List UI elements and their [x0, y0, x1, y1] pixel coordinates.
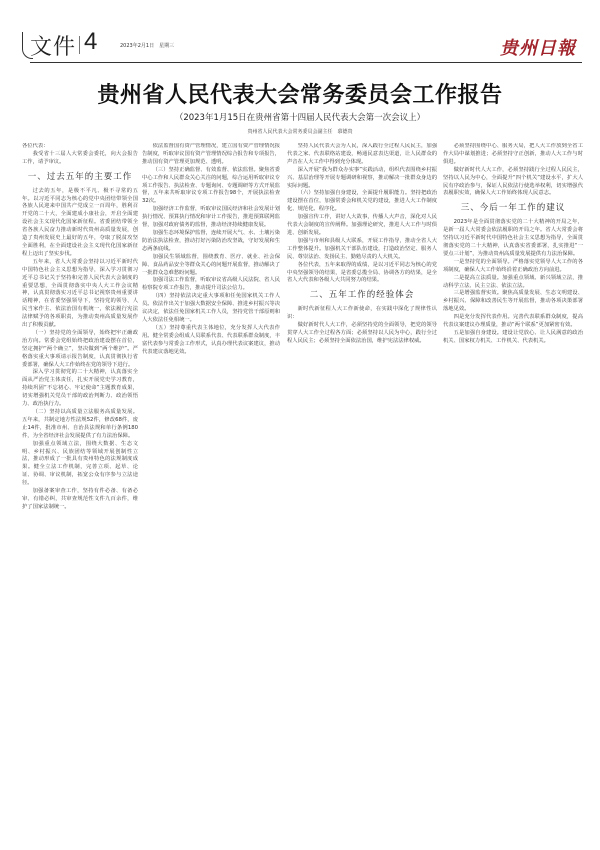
- paragraph: （四）坚持依法决定重大事项和任免国家机关工作人员。依法作出关于加强大数据安全保障…: [142, 293, 280, 325]
- paragraph: 过去的五年，是极不平凡、极不寻常的五年。以习近平同志为核心的党中央团结带领全国各…: [22, 188, 138, 259]
- paragraph: 依法监督国有资产管理情况，建立国有资产管理情况报告制度，听取审议国有资产管理情况…: [142, 143, 280, 167]
- paragraph: 坚持人民代表大会为人民，深入践行全过程人民民主，加强代表之家、代表联络站建设，畅…: [287, 143, 437, 167]
- article-author: 贵州省人民代表大会常务委员会副主任 慕德贵: [0, 128, 600, 135]
- greeting: 各位代表：: [22, 143, 138, 151]
- paragraph: （二）坚持以高质量立法服务高质量发展。五年来，共制定地方性法规52件，修改68件…: [22, 409, 138, 441]
- paragraph: 四是充分发挥代表作用。完善代表联系群众制度，提高代表议案建议办理质量，推动“两个…: [443, 314, 583, 330]
- header-divider: [79, 36, 80, 54]
- paragraph: 加强生态环境保护监督，连续开展大气、水、土壤污染防治法执法检查，推动打好污染防治…: [142, 230, 280, 254]
- paragraph: 2023年是全面贯彻落实党的二十大精神的开局之年，是新一届人大常委会依法履职的开…: [443, 219, 583, 259]
- article-column-3: 坚持人民代表大会为人民，深入践行全过程人民民主，加强代表之家、代表联络站建设，畅…: [287, 143, 437, 827]
- paragraph: （六）坚持加强自身建设，全面提升履职能力。坚持把政治建设摆在首位，加强常委会和机…: [287, 190, 437, 214]
- paragraph: 二是提高立法质量。加强重点领域、新兴领域立法，推动科学立法、民主立法、依法立法。: [443, 275, 583, 291]
- page-header: 文件 4 2023年2月1日 星期三 贵州日報: [22, 28, 582, 64]
- paragraph: 一是坚持党的全面领导。严格落实党领导人大工作的各项制度，确保人大工作始终沿着正确…: [443, 259, 583, 275]
- newspaper-masthead: 贵州日報: [500, 34, 576, 60]
- paragraph: 深入学习贯彻党的二十大精神，认真落实全面从严治党主体责任，扎实开展党史学习教育，…: [22, 369, 138, 409]
- section-heading-3: 三、今后一年工作的建议: [443, 205, 583, 213]
- paragraph: 五是加强自身建设。建设让党放心、让人民满意的政治机关、国家权力机关、工作机关、代…: [443, 330, 583, 346]
- paragraph: 做好新时代人大工作，必须坚持践行全过程人民民主，坚持以人民为中心，全面提升“四个…: [443, 167, 583, 199]
- article-column-1: 各位代表： 我受省十三届人大常委会委托，向大会报告工作，请予审议。 一、过去五年…: [22, 143, 138, 827]
- paragraph: 加强司法工作监督，听取审议省高级人民法院、省人民检察院专项工作报告，推动提升司法…: [142, 277, 280, 293]
- article-column-4: 必须坚持围绕中心、服务大局，把人大工作放到全省工作大局中谋划推进；必须坚持守正创…: [443, 143, 583, 827]
- paragraph: 加强民生领域监督，围绕教育、医疗、就业、社会保障、食品药品安全等群众关心的问题开…: [142, 254, 280, 278]
- paragraph: 做好新时代人大工作，必须坚持党的全面领导，把党的领导贯穿人大工作全过程各方面；必…: [287, 322, 437, 346]
- paragraph: （三）坚持正确监督、有效监督、依法监督。聚焦省委中心工作和人民群众关心关注的问题…: [142, 167, 280, 207]
- paragraph: 各位代表，五年来取得的成绩，是以习近平同志为核心的党中央坚强领导的结果，是省委总…: [287, 262, 437, 286]
- issue-date: 2023年2月1日 星期三: [120, 42, 174, 49]
- paragraph: 加强重点领域立法，围绕大数据、生态文明、乡村振兴、民族团结等领域开展创制性立法，…: [22, 441, 138, 488]
- paragraph: 深入开展“我为群众办实事”实践活动，组织代表围绕乡村振兴、基层治理等开展专题调研…: [287, 167, 437, 191]
- paragraph: 加强与市州和县级人大联系，开展工作指导，推动全省人大工作整体提升。加强机关干部队…: [287, 238, 437, 262]
- header-rule: [30, 62, 582, 63]
- section-name: 文件: [30, 30, 76, 61]
- paragraph: 加强宣传工作，讲好人大故事，传播人大声音，深化对人民代表大会制度的宣传阐释。加强…: [287, 214, 437, 238]
- article-column-2: 依法监督国有资产管理情况，建立国有资产管理情况报告制度，听取审议国有资产管理情况…: [142, 143, 280, 827]
- paragraph: 新时代新征程人大工作新使命，在实践中深化了规律性认识：: [287, 306, 437, 322]
- intro-paragraph: 我受省十三届人大常委会委托，向大会报告工作，请予审议。: [22, 151, 138, 167]
- paragraph: 加强经济工作监督，听取审议国民经济和社会发展计划执行情况、预算执行情况和审计工作…: [142, 206, 280, 230]
- paragraph: 三是增强监督实效。聚焦高质量发展、生态文明建设、乡村振兴、保障和改善民生等开展监…: [443, 290, 583, 314]
- paragraph: 加强备案审查工作，坚持有件必备、有备必审、有错必纠，共审查规范性文件九百余件，维…: [22, 488, 138, 512]
- paragraph: （五）坚持尊重代表主体地位，充分发挥人大代表作用。健全常委会组成人员联系代表、代…: [142, 325, 280, 357]
- article-title: 贵州省人民代表大会常务委员会工作报告: [0, 78, 600, 109]
- section-heading-2: 二、五年工作的经验体会: [287, 292, 437, 300]
- section-heading-1: 一、过去五年的主要工作: [22, 174, 138, 182]
- page-number: 4: [84, 28, 97, 56]
- paragraph: 必须坚持围绕中心、服务大局，把人大工作放到全省工作大局中谋划推进；必须坚持守正创…: [443, 143, 583, 167]
- article-subtitle: （2023年1月15日在贵州省第十四届人民代表大会第一次会议上）: [0, 111, 600, 123]
- paragraph: 五年来，省人大常委会坚持以习近平新时代中国特色社会主义思想为指导，深入学习贯彻习…: [22, 259, 138, 330]
- paragraph: （一）坚持党的全面领导，始终把牢正确政治方向。常委会党组始终把政治建设摆在首位，…: [22, 330, 138, 370]
